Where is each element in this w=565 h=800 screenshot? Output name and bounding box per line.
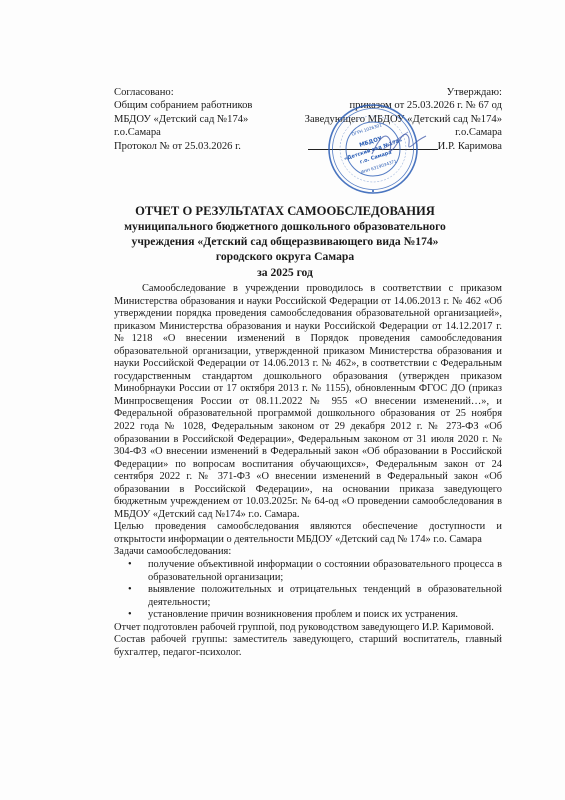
bullet-icon: • [128, 609, 132, 622]
bullet-icon: • [128, 584, 132, 597]
purpose-paragraph: Целью проведения самообследования являют… [114, 521, 502, 546]
approval-right-label: Утверждаю: [305, 86, 502, 99]
task-text: установление причин возникновения пробле… [148, 609, 458, 620]
approval-left-protocol: Протокол № от 25.03.2026 г. [114, 140, 252, 153]
document-subtitle-1: муниципального бюджетного дошкольного об… [100, 219, 470, 234]
tasks-heading: Задачи самообследования: [114, 546, 502, 559]
document-title: ОТЧЕТ О РЕЗУЛЬТАТАХ САМООБСЛЕДОВАНИЯ [100, 203, 470, 219]
task-item: • выявление положительных и отрицательны… [114, 584, 502, 609]
legal-basis-paragraph: Самообследование в учреждении проводилос… [114, 283, 502, 521]
document-subtitle-3: городского округа Самара [100, 249, 470, 264]
signature-icon [368, 126, 428, 160]
bullet-icon: • [128, 559, 132, 572]
document-subtitle-2: учреждения «Детский сад общеразвивающего… [100, 234, 470, 249]
approval-block-left: Согласовано: Общим собранием работников … [114, 86, 252, 153]
document-title-block: ОТЧЕТ О РЕЗУЛЬТАТАХ САМООБСЛЕДОВАНИЯ мун… [100, 203, 470, 280]
document-page: Согласовано: Общим собранием работников … [0, 0, 565, 800]
document-year: за 2025 год [100, 265, 470, 280]
approval-left-org: МБДОУ «Детский сад №174» [114, 113, 252, 126]
document-body: Самообследование в учреждении проводилос… [114, 283, 502, 659]
approval-left-label: Согласовано: [114, 86, 252, 99]
task-item: • установление причин возникновения проб… [114, 609, 502, 622]
prepared-by-paragraph: Отчет подготовлен рабочей группой, под р… [114, 622, 502, 635]
approval-left-body: Общим собранием работников [114, 99, 252, 112]
task-text: выявление положительных и отрицательных … [148, 584, 502, 608]
task-text: получение объективной информации о состо… [148, 559, 502, 583]
working-group-paragraph: Состав рабочей группы: заместитель завед… [114, 634, 502, 659]
tasks-list: • получение объективной информации о сос… [114, 559, 502, 622]
task-item: • получение объективной информации о сос… [114, 559, 502, 584]
approval-left-city: г.о.Самара [114, 126, 252, 139]
